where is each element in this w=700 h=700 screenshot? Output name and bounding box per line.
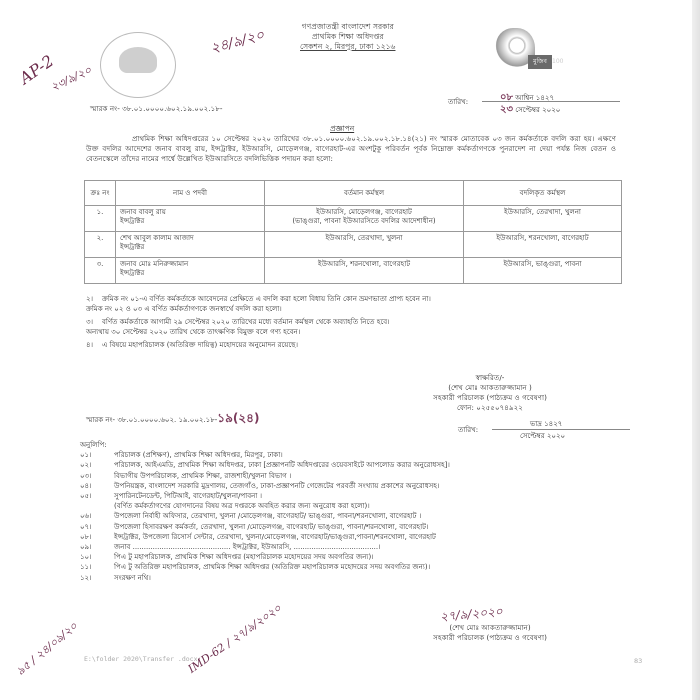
copy-to-item: ০৪।উপনিয়ন্ত্রক, বাংলাদেশ সরকারি মুদ্রণা… [80, 481, 680, 491]
signature-block: স্বাক্ষরিত/- (শেখ মোঃ আকতারুজ্জামান ) সহ… [390, 373, 590, 413]
transfer-table: ক্রঃ নং নাম ও পদবী বর্তমান কর্মস্থল বদলি… [84, 180, 622, 284]
header-transferred-post: বদলিকৃত কর্মস্থল [464, 181, 622, 206]
table-row: ৩.জনাব মোঃ মনিরুজ্জামানইন্সট্রাক্টরইউআরস… [85, 258, 622, 284]
signatory2-designation: সহকারী পরিচালক (পাঠ্যক্রম ও গবেষণা) [380, 633, 600, 643]
memo2-number: স্মারক নং- ৩৮.০১.০০০০.৬০২. ১৯.০০২.১৮-১৯(… [86, 410, 259, 430]
note-item: ৩। বর্ণিত কর্মকর্তাকে আগামী ২৯ সেপ্টেম্ব… [86, 317, 686, 337]
handwritten-top-center-date: ২৪/৯/২০ [208, 23, 267, 60]
copy-to-item: ০১।পরিচালক (প্রশিক্ষণ), প্রাথমিক শিক্ষা … [80, 450, 680, 460]
page-number: 83 [634, 657, 642, 665]
mujib-logo-year: 100 [552, 58, 563, 65]
signatory-phone: ফোন: ০২৫৫০৭৪৯২২ [390, 403, 590, 413]
cell-transferred-post: ইউআরসি, ভাঙ্গুরা, পাবনা [464, 258, 622, 284]
notes-section: ২। ক্রমিক নং ০১-এ বর্ণিত কর্মকর্তাকে আবে… [86, 294, 686, 353]
note-item: ৪। এ বিষয়ে মহাপরিচালক (অতিরিক্ত দায়িত্… [86, 340, 686, 350]
header-name: নাম ও পদবী [116, 181, 265, 206]
table-row: ২.শেখ আবুল কালাম আজাদইন্সট্রাক্টরইউআরসি,… [85, 232, 622, 258]
handwritten-bottom-center-note: IMD-62 / ২৭/৯/২০২০ [185, 600, 286, 679]
copy-to-item: ০৭।উপজেলা হিসাবরক্ষণ কর্মকর্তা, তেরখাদা,… [80, 522, 680, 532]
cell-current-post: ইউআরসি, শরনখোলা, বাগেরহাট [265, 258, 464, 284]
copy-to-item: ১১।পিএ টু অতিরিক্ত মহাপরিচালক, প্রাথমিক … [80, 562, 680, 572]
signatory-designation: সহকারী পরিচালক (পাঠ্যক্রম ও গবেষণা) [390, 393, 590, 403]
cell-current-post: ইউআরসি, তেরখাদা, খুলনা [265, 232, 464, 258]
signatory2-name: (শেখ মোঃ আকতারুজ্জামান) [380, 623, 600, 633]
scan-edge [692, 0, 700, 700]
header-serial: ক্রঃ নং [85, 181, 116, 206]
cell-current-post: ইউআরসি, মোড়েলগঞ্জ, বাগেরহাট(ভাঙ্গুরা, প… [265, 206, 464, 232]
copy-to-heading: অনুলিপি: [80, 440, 680, 450]
copy-to-item: ১২।সংরক্ষণ নথি। [80, 573, 680, 583]
copy-to-item: ০৩।বিভাগীয় উপপরিচালক, প্রাথমিক শিক্ষা, … [80, 471, 680, 481]
govt-name: গণপ্রজাতন্ত্রী বাংলাদেশ সরকার [300, 22, 396, 32]
handwritten-bottom-left-note: ৯৫ / ২৪/০৯/২০ [13, 618, 83, 681]
table-row: ১.জনাব বাবলু রায়ইন্সট্রাক্টরইউআরসি, মোড… [85, 206, 622, 232]
document-page: গণপ্রজাতন্ত্রী বাংলাদেশ সরকার প্রাথমিক শ… [0, 0, 693, 700]
file-path: E:\folder 2020\Transfer .docx [84, 655, 198, 663]
letterhead: গণপ্রজাতন্ত্রী বাংলাদেশ সরকার প্রাথমিক শ… [300, 22, 396, 52]
copy-to-item: ০২।পরিচালক, আইএমডি, প্রাথমিক শিক্ষা অধিদ… [80, 460, 680, 470]
cell-name: জনাব বাবলু রায়ইন্সট্রাক্টর [116, 206, 265, 232]
header-current-post: বর্তমান কর্মস্থল [265, 181, 464, 206]
body-paragraph: প্রাথমিক শিক্ষা অধিদপ্তরের ১০ সেপ্টেম্বর… [86, 134, 616, 164]
mujib-logo-text: মুজিব [528, 55, 552, 69]
copy-to-item: ০৯।জনাব ................................… [80, 542, 680, 552]
cell-serial: ৩. [85, 258, 116, 284]
copy-to-item: ০৮।ইন্সট্রাক্টর, উপজেলা রিসোর্স সেন্টার,… [80, 532, 680, 542]
signature-block-2: ২৭/৯/২০২০ (শেখ মোঃ আকতারুজ্জামান) সহকারী… [380, 623, 600, 643]
cell-serial: ১. [85, 206, 116, 232]
handwritten-signature: ২৭/৯/২০২০ [440, 606, 503, 621]
copy-to-item: ১০।পিএ টু মহাপরিচালক, প্রাথমিক শিক্ষা অধ… [80, 552, 680, 562]
copy-to-subnote: (বর্ণিত কর্মকর্তাগণের যোগদানের বিষয় অত্… [80, 501, 680, 511]
copy-to-item: ০৬।উপজেলা নির্বাহী অফিসার, তেরখাদা, খুলন… [80, 511, 680, 521]
cell-name: জনাব মোঃ মনিরুজ্জামানইন্সট্রাক্টর [116, 258, 265, 284]
cell-transferred-post: ইউআরসি, শরনখোলা, বাগেরহাট [464, 232, 622, 258]
signed-label: স্বাক্ষরিত/- [390, 373, 590, 383]
cell-transferred-post: ইউআরসি, তেরখাদা, খুলনা [464, 206, 622, 232]
memo-number: স্মারক নং- ৩৮.০১.০০০০.৬০২.১৯.০০২.১৮- [90, 104, 223, 113]
copy-to-item: ০৫।সুপারিনটেনডেন্ট, পিটিআই, বাগেরহাট/খুল… [80, 491, 680, 501]
copy-to-section: অনুলিপি: ০১।পরিচালক (প্রশিক্ষণ), প্রাথমি… [80, 440, 680, 583]
note-item: ২। ক্রমিক নং ০১-এ বর্ণিত কর্মকর্তাকে আবে… [86, 294, 686, 314]
directorate-name: প্রাথমিক শিক্ষা অধিদপ্তর [300, 32, 396, 42]
cell-serial: ২. [85, 232, 116, 258]
directorate-seal-logo [100, 32, 176, 98]
handwritten-day-english: ২৩ [500, 104, 513, 115]
cell-name: শেখ আবুল কালাম আজাদইন্সট্রাক্টর [116, 232, 265, 258]
directorate-address: সেকশন ২, মিরপুর, ঢাকা ১২১৬ [300, 42, 396, 52]
handwritten-memo-suffix: ১৯(২৪) [217, 411, 259, 425]
signatory-name: (শেখ মোঃ আকতারুজ্জামান ) [390, 383, 590, 393]
